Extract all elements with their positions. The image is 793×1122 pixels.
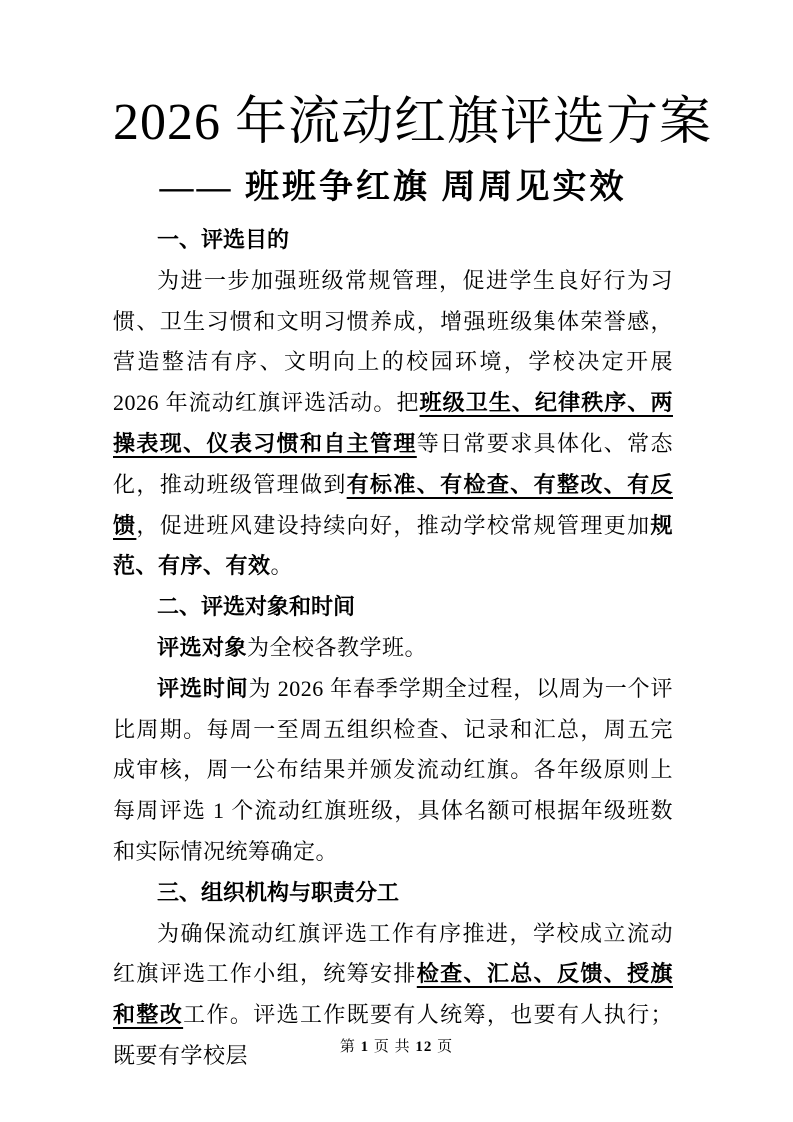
text-run: 为全校各教学班。 bbox=[247, 635, 427, 660]
text-run: 页 bbox=[432, 1039, 453, 1055]
body-paragraph: 评选时间为 2026 年春季学期全过程，以周为一个评比周期。每周一至周五组织检查… bbox=[113, 669, 673, 873]
text-run: ，促进班风建设持续向好，推动学校常规管理更加 bbox=[136, 513, 650, 538]
text-run: 二、评选对象和时间 bbox=[157, 594, 355, 619]
text-run: 1 bbox=[361, 1039, 370, 1055]
text-run: 评选时间 bbox=[157, 676, 249, 701]
text-run: 页 共 bbox=[369, 1039, 415, 1055]
document-body: 一、评选目的为进一步加强班级常规管理，促进学生良好行为习惯、卫生习惯和文明习惯养… bbox=[113, 220, 673, 1077]
text-run: 评选对象 bbox=[157, 635, 247, 660]
text-run: 三、组织机构与职责分工 bbox=[157, 880, 399, 905]
body-paragraph: 为进一步加强班级常规管理，促进学生良好行为习惯、卫生习惯和文明习惯养成，增强班级… bbox=[113, 261, 673, 587]
section-heading: 二、评选对象和时间 bbox=[113, 587, 673, 628]
document-title: 2026 年流动红旗评选方案 bbox=[113, 92, 673, 154]
text-run: 工作。评选工作既要有人统筹，也要有人执行；既要有学校层 bbox=[113, 1002, 673, 1068]
text-run: 。 bbox=[271, 553, 294, 578]
page-number-footer: 第 1 页 共 12 页 bbox=[0, 1038, 793, 1056]
body-paragraph: 评选对象为全校各教学班。 bbox=[113, 628, 673, 669]
text-run: 一、评选目的 bbox=[157, 227, 289, 252]
text-run: 第 bbox=[340, 1039, 361, 1055]
document-page: 2026 年流动红旗评选方案 —— 班班争红旗 周周见实效 一、评选目的为进一步… bbox=[0, 0, 793, 1122]
text-run: 12 bbox=[415, 1039, 432, 1055]
section-heading: 三、组织机构与职责分工 bbox=[113, 873, 673, 914]
section-heading: 一、评选目的 bbox=[113, 220, 673, 261]
text-run: 为 2026 年春季学期全过程，以周为一个评比周期。每周一至周五组织检查、记录和… bbox=[113, 676, 673, 864]
document-subtitle: —— 班班争红旗 周周见实效 bbox=[113, 164, 673, 212]
